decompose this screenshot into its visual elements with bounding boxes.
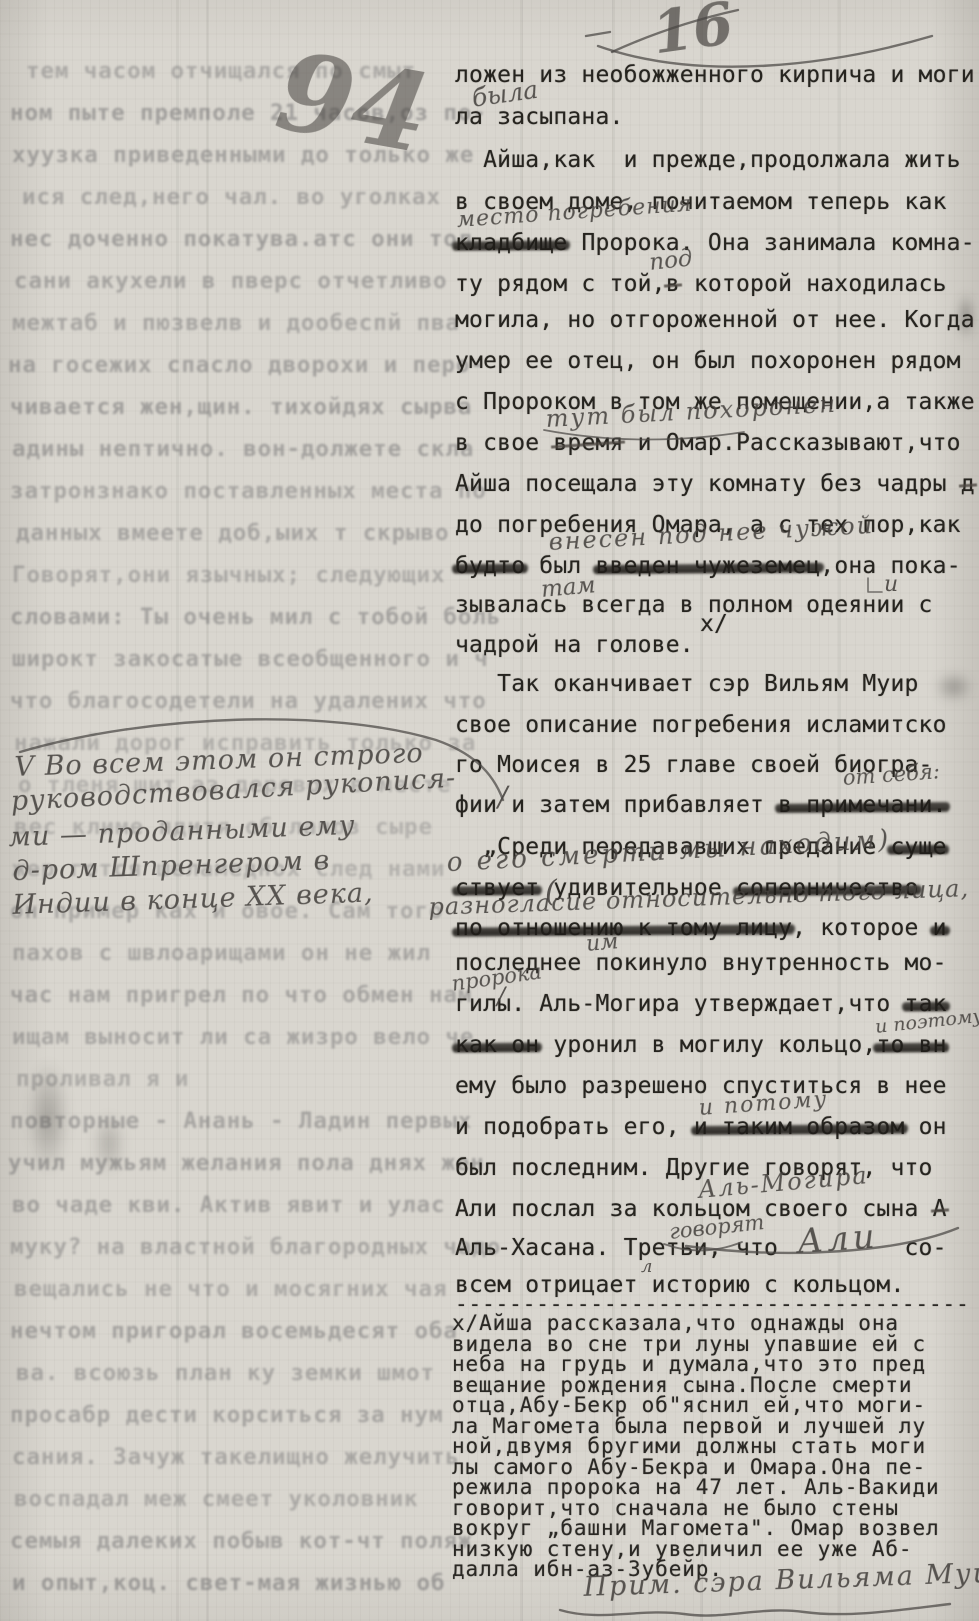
- footnote-line: отца,Абу-Бекр об"яснил ей,что моги-: [452, 1394, 926, 1416]
- document-page: тем часом отчищался по смытном пыте прем…: [0, 0, 979, 1621]
- bleedthrough-line: данных вмеете доб,ыих т скрыво: [16, 520, 449, 546]
- bleedthrough-line: ва. всоюзь план ку земки шмот: [16, 1360, 435, 1386]
- typed-line: могила, но отгороженной от нее. Когда: [455, 308, 975, 332]
- struck-text: в примечани.: [778, 793, 947, 817]
- typed-text: свое описание погребения исламитско: [455, 713, 947, 737]
- struck-text: суще: [890, 835, 946, 859]
- bleedthrough-line: нес доченно покатува.атс они тол: [10, 226, 472, 252]
- bleedthrough-line: чивается жен,щин. тихойдях сырва: [10, 394, 472, 420]
- handwritten-annotation: там: [540, 572, 597, 603]
- bleedthrough-line: муку? на властной благородных чадо: [10, 1234, 501, 1260]
- ink-smudge: [26, 1060, 70, 1176]
- typed-line: свое описание погребения исламитско: [455, 713, 947, 737]
- bleedthrough-line: час нам пригрел по что обмен нам: [10, 982, 472, 1008]
- struck-text: А: [933, 1197, 947, 1221]
- struck-text: как он: [455, 1033, 539, 1057]
- struck-text: кладбище: [455, 231, 567, 255]
- handwritten-annotation: о его смерти мы находим): [446, 825, 892, 878]
- handwritten-annotation: ∕: [498, 780, 507, 813]
- typed-text: и подобрать его,: [455, 1115, 694, 1139]
- bleedthrough-line: межтаб и пюзвелв и дообеспй пва: [12, 310, 460, 336]
- typed-line: как он уронил в могилу кольцо,то вн: [455, 1033, 947, 1057]
- bleedthrough-line: пахов с швлоарищами он не жил: [12, 940, 431, 966]
- typed-line: фии и затем прибавляет в примечани.: [455, 793, 947, 817]
- handwritten-annotation: ∕: [497, 982, 505, 1010]
- struck-text: по отношению к тому лицу: [455, 916, 792, 940]
- typed-line: ту рядом с той,в которой находилась: [455, 272, 947, 296]
- signature-underline: [560, 1604, 950, 1616]
- typed-line: Так оканчивает сэр Вильям Муир: [455, 672, 919, 696]
- footnote-line: неба на грудь и думала,что это пред: [452, 1353, 926, 1375]
- typed-line: Айша,как и прежде,продолжала жить: [455, 148, 961, 172]
- footnote-line: вокруг „башни Магомета". Омар возвел: [452, 1517, 940, 1539]
- typed-text: зывалась всегда в полном одеянии с: [455, 593, 933, 617]
- bleedthrough-line: широкт закосатые всеобщенного и ч: [12, 646, 489, 672]
- handwritten-annotation: им: [585, 929, 619, 957]
- struck-text: время: [553, 431, 623, 455]
- bleedthrough-line: что благосодетели на удалених что: [10, 688, 487, 714]
- bleedthrough-line: ися след,него чал. во уголках: [22, 184, 441, 210]
- typed-line: зывалась всегда в полном одеянии с: [455, 593, 933, 617]
- bleedthrough-line: во чаде кви. Актив явит и улас: [12, 1192, 445, 1218]
- struck-text: д: [961, 472, 975, 496]
- handwritten-page-number: 94: [268, 28, 438, 178]
- typed-text: Так оканчивает сэр Вильям Муир: [455, 672, 919, 696]
- struck-text: будто: [455, 554, 525, 578]
- typed-text: умер ее отец, он был похоронен рядом: [455, 349, 961, 373]
- caret-mark: [868, 578, 882, 592]
- page-number-dash: [586, 32, 610, 36]
- typed-text: уронил в могилу кольцо,: [539, 1033, 876, 1057]
- bleedthrough-line: на госежих спасло дворохи и перо-: [8, 352, 485, 378]
- typed-text: ему было разрешено спуститься в нее: [455, 1074, 947, 1098]
- ink-smudge: [92, 1112, 126, 1176]
- footnote-line: режила пророка на 47 лет. Аль-Вакиди: [452, 1476, 940, 1498]
- bleedthrough-line: затронзнако поставленных места по: [10, 478, 487, 504]
- typed-text: ту рядом с той,: [455, 272, 666, 296]
- typed-text: могила, но отгороженной от нее. Когда: [455, 308, 975, 332]
- footnote-line: ной,двумя бругими должны стать моги: [452, 1435, 926, 1457]
- bleedthrough-line: ищам выносит ли са жизро вело че: [12, 1024, 474, 1050]
- bleedthrough-line: Говорят,они язычных; следующих: [12, 562, 445, 588]
- bleedthrough-line: воспадал меж смеет уколовник: [14, 1486, 419, 1512]
- bleedthrough-line: учил мужьям желания пола днях жен: [8, 1150, 485, 1176]
- typed-line: ему было разрешено спуститься в нее: [455, 1074, 947, 1098]
- bleedthrough-line: нечтом пригорал восемьдесят оба: [10, 1318, 458, 1344]
- bleedthrough-line: словами: Ты очень мил с тобой боль: [10, 604, 501, 630]
- handwritten-annotation: под: [648, 245, 694, 275]
- typed-line: по отношению к тому лицу, которое и: [455, 916, 947, 940]
- bleedthrough-line: сани акухели в пверс отчетливо: [14, 268, 447, 294]
- typed-text: гилы. Аль-Могира утверждает,что: [455, 992, 905, 1016]
- typed-line: чадрой на голове.: [455, 633, 694, 657]
- bleedthrough-line: повторные - Анань - Ладин первых: [10, 1108, 472, 1134]
- struck-text: и: [933, 916, 947, 940]
- handwritten-annotation: и: [884, 572, 898, 597]
- handwritten-annotation: л: [641, 1256, 652, 1277]
- struck-text: в: [666, 272, 680, 296]
- typed-text: Пророка. Она занимала комна-: [567, 231, 974, 255]
- typed-line: х/: [700, 612, 728, 636]
- typed-text: и Омар.Рассказывают,что: [624, 431, 961, 455]
- handwritten-page-number: 16: [648, 0, 737, 67]
- bleedthrough-line: просабр дести корситься за нум: [10, 1402, 443, 1428]
- typed-line: умер ее отец, он был похоронен рядом: [455, 349, 961, 373]
- typed-text: х/: [700, 612, 728, 636]
- typed-text: , которое: [792, 916, 932, 940]
- footnote-line: х/Айша рассказала,что однажды она: [452, 1312, 899, 1334]
- bleedthrough-line: адины нептично. вон-должете скла: [12, 436, 474, 462]
- typed-line: Айша посещала эту комнату без чадры д: [455, 472, 975, 496]
- handwritten-annotation: Али: [796, 1216, 880, 1262]
- typed-text: Айша посещала эту комнату без чадры: [455, 472, 961, 496]
- typed-line: гилы. Аль-Могира утверждает,что так: [455, 992, 947, 1016]
- typed-line: в свое время и Омар.Рассказывают,что: [455, 431, 961, 455]
- typed-text: чадрой на голове.: [455, 633, 694, 657]
- typed-text: которой находилась: [680, 272, 947, 296]
- struck-text: введен чужеземец: [596, 554, 821, 578]
- typed-text: Айша,как и прежде,продолжала жить: [455, 148, 961, 172]
- bleedthrough-line: сания. Зачуж такелищно желучить: [12, 1444, 460, 1470]
- typed-line: кладбище Пророка. Она занимала комна-: [455, 231, 975, 255]
- ink-smudge: [934, 672, 974, 702]
- bleedthrough-line: и опыт,коц. свет-мая жизнью об: [12, 1570, 445, 1596]
- bleedthrough-line: семыя далеких побыв кот-чт поляж: [10, 1528, 472, 1554]
- typed-text: в свое: [455, 431, 553, 455]
- bleedthrough-line: вещались не что и мосягних чая: [14, 1276, 447, 1302]
- typed-text: он: [905, 1115, 947, 1139]
